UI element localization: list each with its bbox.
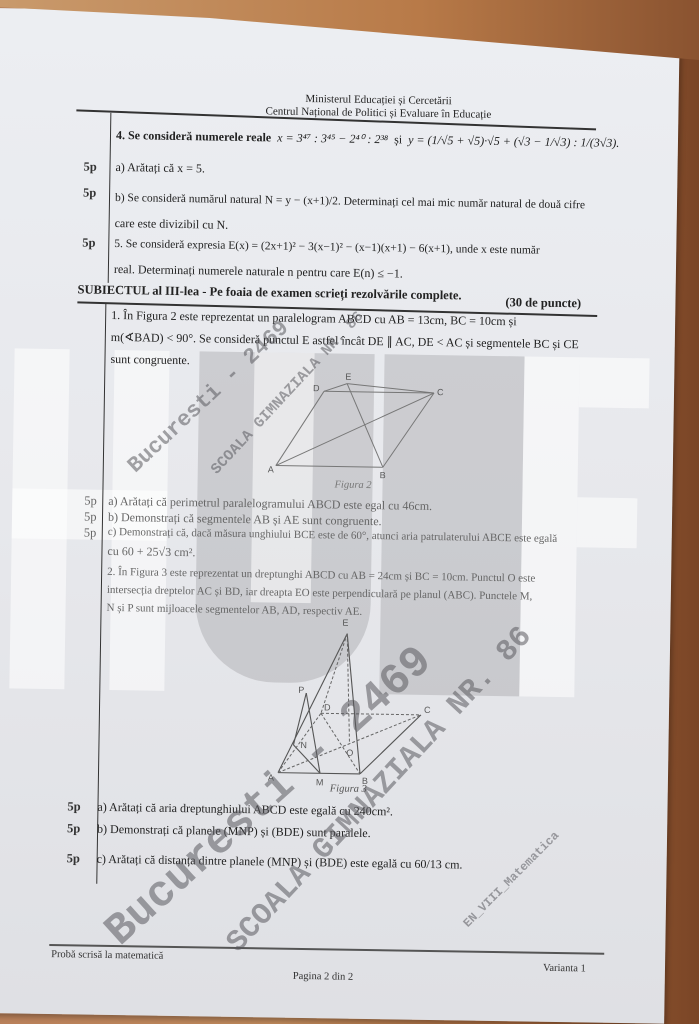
q4a-text: a) Arătați că x = 5. <box>115 160 205 176</box>
subject3-score: (30 de puncte) <box>505 295 581 311</box>
p2a-points: 5p <box>67 799 80 814</box>
margin-rule-top <box>108 113 112 283</box>
p2c-points: 5p <box>67 851 80 866</box>
footer-subject: Probă scrisă la matematică <box>51 949 163 962</box>
fig2-label-d: D <box>313 383 320 393</box>
fig2-label-c: C <box>437 387 444 397</box>
p1c-points: 5p <box>84 526 97 541</box>
fig2-label-e: E <box>345 372 351 382</box>
p2-text-2: intersecția dreptelor AC și BD, iar drea… <box>107 584 533 603</box>
fig2-label-a: A <box>268 464 274 474</box>
q4b-points: 5p <box>83 185 96 200</box>
q5-text-1: 5. Se consideră expresia E(x) = (2x+1)² … <box>114 238 540 257</box>
subject3-title: SUBIECTUL al III-lea - Pe foaia de exame… <box>77 282 461 303</box>
q4-intro: 4. Se consideră numerele reale x = 3⁴⁷ :… <box>116 128 620 151</box>
p1c-text-cont: cu 60 + 25√3 cm². <box>107 544 195 560</box>
fig3-label-p: P <box>298 685 304 695</box>
exam-page: Ministerul Educației și Cercetării Centr… <box>0 8 680 1024</box>
margin-rule-main <box>96 304 106 884</box>
p1-text-3: sunt congruente. <box>110 352 190 368</box>
q5-text-2: real. Determinați numerele naturale n pe… <box>114 262 403 282</box>
q4b-text-1: b) Se consideră numărul natural N = y − … <box>115 192 585 211</box>
q5-points: 5p <box>82 235 95 250</box>
p1c-text: c) Demonstrați că, dacă măsura unghiului… <box>108 526 558 545</box>
watermark-exam: EN_VIII_Matematica <box>461 829 562 931</box>
fig2-label-b: B <box>380 470 386 480</box>
p2b-points: 5p <box>67 821 80 836</box>
fig3-label-e: E <box>342 618 348 628</box>
center-name: Centrul Național de Politici și Evaluare… <box>228 105 528 122</box>
q4b-text-2: care este divizibil cu N. <box>115 216 229 233</box>
q4a-points: 5p <box>83 159 96 174</box>
footer-page: Pagina 2 din 2 <box>293 971 354 983</box>
p2-text-1: 2. În Figura 3 este reprezentat un drept… <box>107 566 535 585</box>
footer-variant: Varianta 1 <box>543 963 586 975</box>
p1a-points: 5p <box>84 494 97 509</box>
figure-2-caption: Figura 2 <box>334 479 371 491</box>
p1b-points: 5p <box>84 510 97 525</box>
